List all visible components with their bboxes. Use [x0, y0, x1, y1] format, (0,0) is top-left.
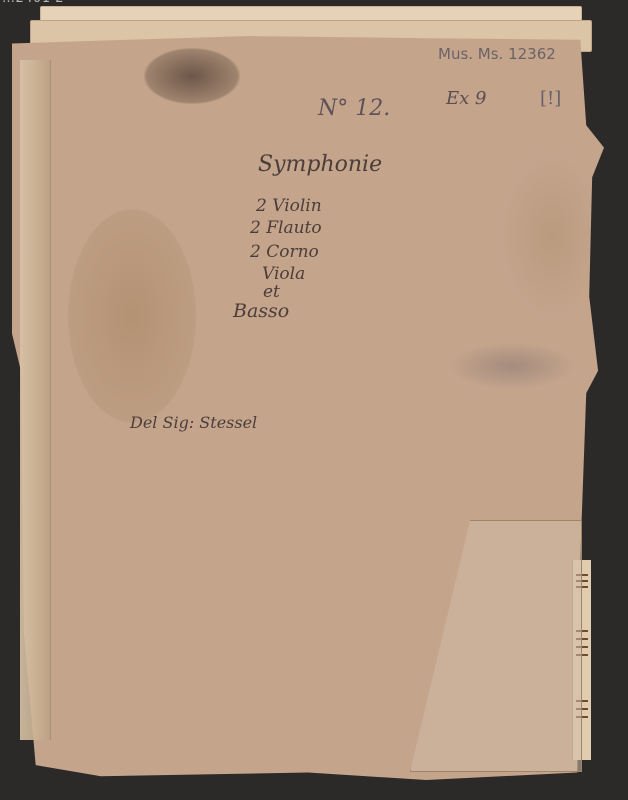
- copy-note-bracket: [!]: [540, 88, 561, 109]
- item-number: N° 12.: [318, 96, 390, 121]
- copy-note: Ex 9: [446, 88, 486, 109]
- instrument-line: 2 Violin: [256, 196, 322, 216]
- shelfmark: Mus. Ms. 12362: [438, 45, 556, 63]
- spine-binding: [20, 60, 51, 740]
- instrument-line: 2 Corno: [250, 242, 319, 262]
- instrument-line: Viola: [262, 264, 305, 284]
- instrument-line: 2 Flauto: [250, 218, 322, 238]
- composer-attribution: Del Sig: Stessel: [130, 413, 257, 432]
- work-title: Symphonie: [258, 152, 382, 177]
- instrument-line: Basso: [233, 300, 289, 322]
- instrument-line: et: [263, 282, 280, 302]
